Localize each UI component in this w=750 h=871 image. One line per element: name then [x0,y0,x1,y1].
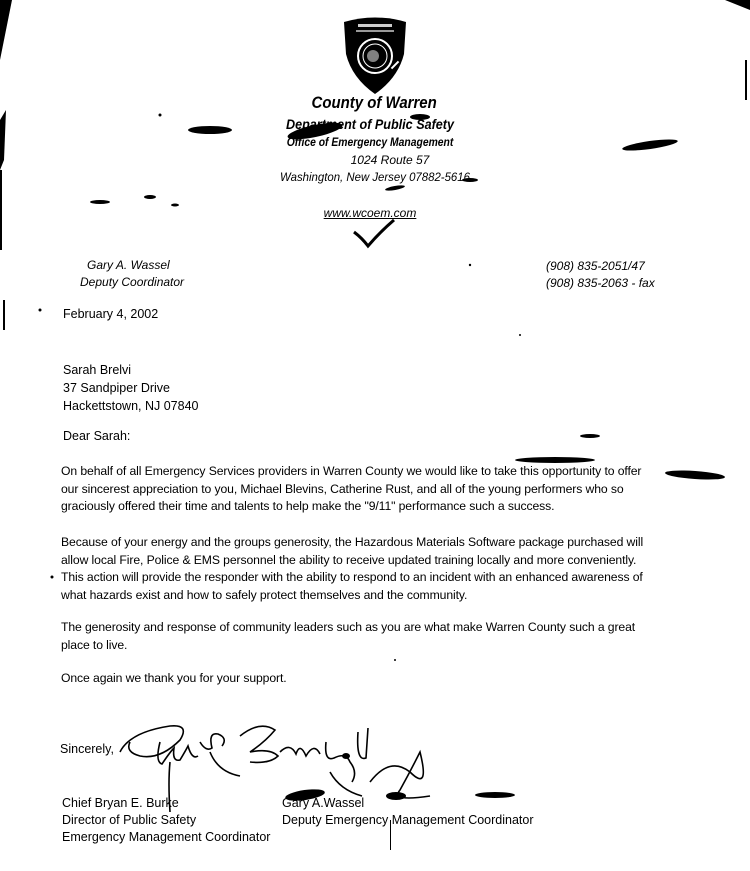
office-name: Office of Emergency Management [37,137,703,149]
body-line: allow local Fire, Police & EMS personnel… [61,552,661,570]
body-paragraph-2: Because of your energy and the groups ge… [61,534,661,604]
body-line: place to live. [61,637,661,655]
department-name: Department of Public Safety [37,116,703,132]
body-line: On behalf of all Emergency Services prov… [61,463,661,481]
body-line: The generosity and response of community… [61,619,661,637]
county-name: County of Warren [44,93,704,113]
signatory-title: Director of Public Safety [62,812,270,829]
body-line: graciously offered their time and talent… [61,498,661,516]
sender-title: Deputy Coordinator [80,275,184,289]
recipient-address: Sarah Brelvi 37 Sandpiper Drive Hacketts… [63,361,199,415]
signatory-wassel: Gary A.Wassel Deputy Emergency Managemen… [282,795,534,829]
recipient-city: Hackettstown, NJ 07840 [63,397,199,415]
letter-date: February 4, 2002 [63,307,158,321]
signatory-burke: Chief Bryan E. Burke Director of Public … [62,795,270,846]
signatory-name: Chief Bryan E. Burke [62,795,270,812]
recipient-street: 37 Sandpiper Drive [63,379,199,397]
body-paragraph-1: On behalf of all Emergency Services prov… [61,463,661,516]
body-line: our sincerest appreciation to you, Micha… [61,481,661,499]
body-line: Because of your energy and the groups ge… [61,534,661,552]
checkmark-mark-icon [350,218,410,250]
fax-number: (908) 835-2063 - fax [546,276,655,290]
signatory-name: Gary A.Wassel [282,795,534,812]
signatory-title: Deputy Emergency Management Coordinator [282,812,534,829]
recipient-name: Sarah Brelvi [63,361,199,379]
body-paragraph-3: The generosity and response of community… [61,619,661,654]
office-address-city: Washington, New Jersey 07882-5616 [24,170,727,184]
salutation: Dear Sarah: [63,429,130,443]
body-line: This action will provide the responder w… [61,569,661,587]
office-address-street: 1024 Route 57 [20,153,750,167]
body-line: what hazards exist and how to safely pro… [61,587,661,605]
signatory-title: Emergency Management Coordinator [62,829,270,846]
body-line: Once again we thank you for your support… [61,670,661,688]
sender-name: Gary A. Wassel [87,258,170,272]
body-paragraph-4: Once again we thank you for your support… [61,670,661,688]
phone-number: (908) 835-2051/47 [546,259,645,273]
county-seal-icon [340,16,410,94]
